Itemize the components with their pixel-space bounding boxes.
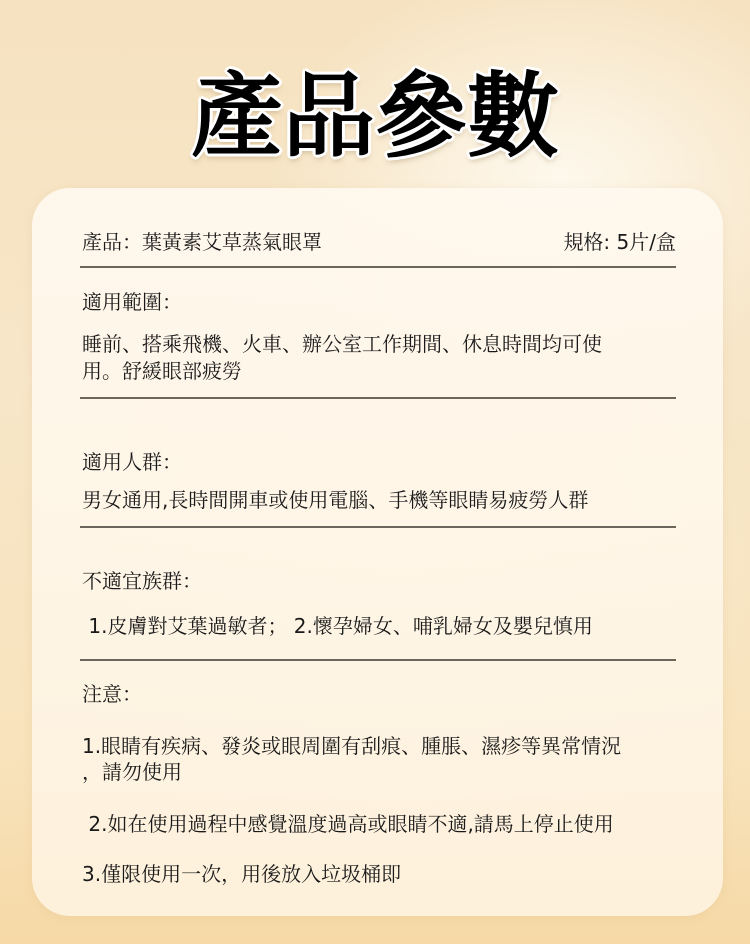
section-heading-unsuitable-groups: 不適宜族群： [82,567,676,595]
section-heading-notes: 注意： [82,680,676,708]
target-users-line-1: 男女通用,長時間開車或使用電腦、手機等眼睛易疲勞人群 [82,486,676,514]
section-heading-target-users: 適用人群： [82,448,676,476]
divider [80,266,676,268]
note-3: 3.僅限使用一次，用後放入垃圾桶即 [82,860,676,888]
note-1-line-2: ，請勿使用 [82,758,676,786]
product-name: 產品：葉黃素艾草蒸氣眼罩 [82,228,322,256]
note-2: 2.如在使用過程中感覺溫度過高或眼睛不適,請馬上停止使用 [82,810,676,838]
page-title: 產品參數 [0,62,750,172]
note-1-line-1: 1.眼睛有疾病、發炎或眼周圍有刮痕、腫脹、濕疹等異常情況 [82,732,676,760]
usage-scope-line-2: 用。舒緩眼部疲勞 [82,357,676,385]
divider [80,526,676,528]
product-spec: 規格: 5片/盒 [563,228,676,256]
product-header-row: 產品：葉黃素艾草蒸氣眼罩 規格: 5片/盒 [82,228,676,256]
divider [80,659,676,661]
usage-scope-line-1: 睡前、搭乘飛機、火車、辦公室工作期間、休息時間均可使 [82,330,676,358]
unsuitable-groups-line-1: 1.皮膚對艾葉過敏者； 2.懷孕婦女、哺乳婦女及嬰兒慎用 [82,612,676,640]
divider [80,397,676,399]
section-heading-usage-scope: 適用範圍： [82,288,676,316]
